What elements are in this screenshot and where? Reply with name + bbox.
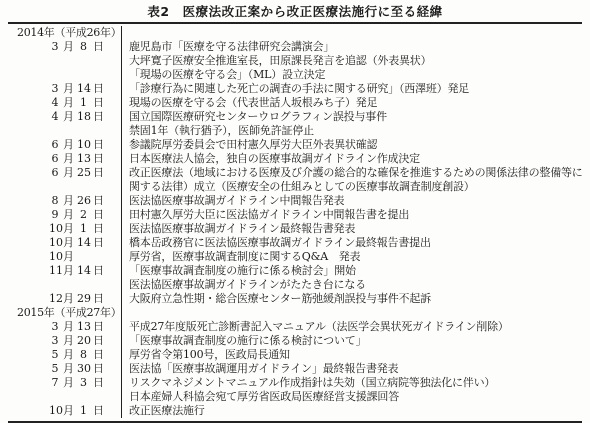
- event-text: 厚労省令第100号，医政局長通知: [122, 348, 290, 362]
- document-page: 表2 医療法改正案から改正医療法施行に至る経緯 2014年（平成26年）3月8日…: [0, 0, 590, 423]
- date-day-number: 18: [77, 110, 90, 124]
- date-value: 8月26日: [49, 194, 104, 208]
- date-month-number: 4: [49, 110, 61, 124]
- date-value: 3月8日: [49, 40, 104, 54]
- date-day-unit: 日: [93, 376, 104, 390]
- event-text: 国立国際医療研究センターウログラフィン誤投与事件: [122, 110, 387, 124]
- event-text: 医法協医療事故調ガイドラインがたたき台になる: [122, 278, 366, 292]
- date-value: 3月14日: [49, 82, 104, 96]
- date-day-unit: [93, 250, 104, 264]
- date-value: 10月14日: [49, 236, 104, 250]
- timeline-row: 6月13日日本医療法人協会，独自の医療事故調ガイドライン作成決定: [8, 152, 582, 166]
- date-month-unit: 月: [63, 334, 74, 348]
- date-day-unit: 日: [93, 194, 104, 208]
- date-cell: [8, 54, 122, 68]
- date-day-number: 13: [77, 152, 90, 166]
- date-day-number: 8: [77, 40, 90, 54]
- date-month-unit: 月: [63, 194, 74, 208]
- date-value: 10月1日: [49, 222, 104, 236]
- event-text: 田村憲久厚労大臣に医法協ガイドライン中間報告書を提出: [122, 208, 409, 222]
- date-month-unit: 月: [63, 404, 74, 418]
- date-day-unit: 日: [93, 264, 104, 278]
- date-cell: 4月1日: [8, 96, 122, 110]
- date-value: 5月8日: [49, 348, 104, 362]
- date-day-number: [77, 250, 90, 264]
- date-cell: 10月1日: [8, 404, 122, 418]
- timeline-row: 8月26日医法協医療事故調ガイドライン中間報告発表: [8, 194, 582, 208]
- date-day-unit: 日: [93, 96, 104, 110]
- date-day-number: 30: [77, 362, 90, 376]
- timeline-row: 10月14日橋本岳政務官に医法協医療事故調ガイドライン最終報告書提出: [8, 236, 582, 250]
- date-month-number: 8: [49, 194, 61, 208]
- date-value: 3月13日: [49, 320, 104, 334]
- date-value: 12月29日: [49, 292, 104, 306]
- date-cell: 4月18日: [8, 110, 122, 124]
- date-cell: 3月13日: [8, 320, 122, 334]
- date-month-number: 5: [49, 348, 61, 362]
- date-day-unit: 日: [93, 222, 104, 236]
- event-text: 現場の医療を守る会（代表世話人坂根みち子）発足: [122, 96, 377, 110]
- event-text: 医法協医療事故調ガイドライン中間報告発表: [122, 194, 344, 208]
- timeline-table: 2014年（平成26年）3月8日鹿児島市「医療を守る法律研究会講演会」大坪寛子医…: [8, 22, 582, 423]
- date-month-unit: 月: [63, 208, 74, 222]
- event-text: 橋本岳政務官に医法協医療事故調ガイドライン最終報告書提出: [122, 236, 431, 250]
- date-day-number: 2: [77, 208, 90, 222]
- date-day-unit: 日: [93, 292, 104, 306]
- event-text: 改正医療法（地域における医療及び介護の総合的な確保を推進するための関係法律の整備…: [122, 166, 582, 180]
- date-month-number: 10: [49, 236, 61, 250]
- date-month-unit: 月: [63, 320, 74, 334]
- date-day-number: 25: [77, 166, 90, 180]
- date-month-number: 12: [49, 292, 61, 306]
- date-month-unit: 月: [63, 82, 74, 96]
- date-month-number: 3: [49, 82, 61, 96]
- date-day-unit: 日: [93, 362, 104, 376]
- timeline-row: 日本産婦人科協会宛て厚労省医政局医療経営支援課回答: [8, 390, 582, 404]
- timeline-row: 「現場の医療を守る会」（ML）設立決定: [8, 68, 582, 82]
- timeline-row: 7月3日リスクマネジメントマニュアル作成指針は失効（国立病院等独法化に伴い）: [8, 376, 582, 390]
- date-cell: 3月14日: [8, 82, 122, 96]
- timeline-row: 3月13日平成27年度版死亡診断書記入マニュアル（法医学会異状死ガイドライン削除…: [8, 320, 582, 334]
- date-month-unit: 月: [63, 264, 74, 278]
- event-text: 医法協「医療事故調運用ガイドライン」最終報告書発表: [122, 362, 398, 376]
- timeline-row: 10月1日改正医療法施行: [8, 404, 582, 418]
- date-month-number: 3: [49, 334, 61, 348]
- timeline-row: 4月18日国立国際医療研究センターウログラフィン誤投与事件: [8, 110, 582, 124]
- date-month-number: 11: [49, 264, 61, 278]
- date-day-number: 1: [77, 404, 90, 418]
- timeline-row: 5月30日医法協「医療事故調運用ガイドライン」最終報告書発表: [8, 362, 582, 376]
- event-text: 改正医療法施行: [122, 404, 205, 418]
- date-day-number: 1: [77, 96, 90, 110]
- event-text: 「医療事故調査制度の施行に係る検討について」: [122, 334, 366, 348]
- date-day-unit: 日: [93, 334, 104, 348]
- date-day-unit: 日: [93, 236, 104, 250]
- date-value: 5月30日: [49, 362, 104, 376]
- event-text: 「現場の医療を守る会」（ML）設立決定: [122, 68, 325, 82]
- year-label: 2015年（平成27年）: [8, 306, 121, 319]
- date-day-unit: 日: [93, 138, 104, 152]
- timeline-row: 5月8日厚労省令第100号，医政局長通知: [8, 348, 582, 362]
- timeline-row: 3月20日「医療事故調査制度の施行に係る検討について」: [8, 334, 582, 348]
- table-caption: 表2 医療法改正案から改正医療法施行に至る経緯: [0, 0, 590, 20]
- date-value: 11月14日: [49, 264, 104, 278]
- date-month-unit: 月: [63, 166, 74, 180]
- date-cell: 2014年（平成26年）: [8, 26, 122, 40]
- event-text: 参議院厚労委員会で田村憲久厚労大臣外表異状確認: [122, 138, 377, 152]
- date-month-unit: 月: [63, 362, 74, 376]
- event-text: 平成27年度版死亡診断書記入マニュアル（法医学会異状死ガイドライン削除）: [122, 320, 509, 334]
- date-cell: [8, 68, 122, 82]
- event-text: [122, 306, 129, 320]
- date-month-unit: 月: [63, 236, 74, 250]
- date-month-number: 9: [49, 208, 61, 222]
- date-month-number: 3: [49, 40, 61, 54]
- date-month-unit: 月: [63, 250, 74, 264]
- event-text: 大坪寛子医療安全推進室長，田原課長発言を追認（外表異状）: [122, 54, 431, 68]
- date-month-number: 6: [49, 138, 61, 152]
- timeline-row: 9月2日田村憲久厚労大臣に医法協ガイドライン中間報告書を提出: [8, 208, 582, 222]
- date-month-unit: 月: [63, 348, 74, 362]
- timeline-row: 10月1日医法協医療事故調ガイドライン最終報告書発表: [8, 222, 582, 236]
- event-text: 「医療事故調査制度の施行に係る検討会」開始: [122, 264, 356, 278]
- date-day-number: 3: [77, 376, 90, 390]
- event-text: 禁固1年（執行猶予），医師免許証停止: [122, 124, 314, 138]
- date-month-number: 5: [49, 362, 61, 376]
- date-cell: 6月25日: [8, 166, 122, 180]
- event-text: 大阪府立急性期・総合医療センター筋弛緩剤誤投与事件不起訴: [122, 292, 431, 306]
- date-value: 9月2日: [49, 208, 104, 222]
- timeline-row: 医法協医療事故調ガイドラインがたたき台になる: [8, 278, 582, 292]
- timeline-row: 関する法律）成立（医療安全の仕組みとしての医療事故調査制度創設）: [8, 180, 582, 194]
- date-day-number: 1: [77, 222, 90, 236]
- date-day-number: 29: [77, 292, 90, 306]
- date-value: 7月3日: [49, 376, 104, 390]
- date-cell: 10月14日: [8, 236, 122, 250]
- year-row: 2015年（平成27年）: [8, 306, 582, 320]
- date-cell: 8月26日: [8, 194, 122, 208]
- date-day-unit: 日: [93, 40, 104, 54]
- timeline-row: 禁固1年（執行猶予），医師免許証停止: [8, 124, 582, 138]
- timeline-row: 3月8日鹿児島市「医療を守る法律研究会講演会」: [8, 40, 582, 54]
- date-month-unit: 月: [63, 138, 74, 152]
- date-cell: 10月1日: [8, 222, 122, 236]
- date-cell: [8, 390, 122, 404]
- date-cell: 6月10日: [8, 138, 122, 152]
- date-month-unit: 月: [63, 110, 74, 124]
- date-day-unit: 日: [93, 404, 104, 418]
- date-month-number: 7: [49, 376, 61, 390]
- date-day-number: 26: [77, 194, 90, 208]
- timeline-row: 3月14日「診療行為に関連した死亡の調査の手法に関する研究」（西澤班）発足: [8, 82, 582, 96]
- date-day-unit: 日: [93, 208, 104, 222]
- date-month-unit: 月: [63, 376, 74, 390]
- date-day-unit: 日: [93, 82, 104, 96]
- date-day-number: 20: [77, 334, 90, 348]
- date-value: 10月: [49, 250, 104, 264]
- date-month-number: 10: [49, 222, 61, 236]
- date-value: 6月25日: [49, 166, 104, 180]
- date-cell: 5月8日: [8, 348, 122, 362]
- date-value: 10月1日: [49, 404, 104, 418]
- date-day-unit: 日: [93, 110, 104, 124]
- timeline-row: 6月10日参議院厚労委員会で田村憲久厚労大臣外表異状確認: [8, 138, 582, 152]
- date-month-unit: 月: [63, 40, 74, 54]
- event-text: [122, 26, 129, 40]
- date-cell: 7月3日: [8, 376, 122, 390]
- date-month-number: 10: [49, 250, 61, 264]
- date-cell: 11月14日: [8, 264, 122, 278]
- date-value: 4月1日: [49, 96, 104, 110]
- year-label: 2014年（平成26年）: [8, 26, 121, 39]
- date-month-number: 3: [49, 320, 61, 334]
- date-day-unit: 日: [93, 152, 104, 166]
- date-value: 6月13日: [49, 152, 104, 166]
- date-day-unit: 日: [93, 320, 104, 334]
- event-text: 厚労省，医療事故調査制度に関するQ&A 発表: [122, 250, 360, 264]
- event-text: 日本医療法人協会，独自の医療事故調ガイドライン作成決定: [122, 152, 420, 166]
- date-cell: 3月20日: [8, 334, 122, 348]
- timeline-row: 6月25日改正医療法（地域における医療及び介護の総合的な確保を推進するための関係…: [8, 166, 582, 180]
- date-month-unit: 月: [63, 96, 74, 110]
- date-month-unit: 月: [63, 152, 74, 166]
- date-day-number: 14: [77, 264, 90, 278]
- timeline-row: 12月29日大阪府立急性期・総合医療センター筋弛緩剤誤投与事件不起訴: [8, 292, 582, 306]
- timeline-row: 10月厚労省，医療事故調査制度に関するQ&A 発表: [8, 250, 582, 264]
- year-row: 2014年（平成26年）: [8, 26, 582, 40]
- date-day-number: 14: [77, 82, 90, 96]
- event-text: 関する法律）成立（医療安全の仕組みとしての医療事故調査制度創設）: [122, 180, 475, 194]
- date-day-number: 14: [77, 236, 90, 250]
- timeline-row: 4月1日現場の医療を守る会（代表世話人坂根みち子）発足: [8, 96, 582, 110]
- event-text: 日本産婦人科協会宛て厚労省医政局医療経営支援課回答: [122, 390, 399, 404]
- date-day-unit: 日: [93, 166, 104, 180]
- date-cell: 6月13日: [8, 152, 122, 166]
- date-cell: 5月30日: [8, 362, 122, 376]
- event-text: 鹿児島市「医療を守る法律研究会講演会」: [122, 40, 334, 54]
- date-cell: 3月8日: [8, 40, 122, 54]
- date-day-number: 10: [77, 138, 90, 152]
- timeline-row: 大坪寛子医療安全推進室長，田原課長発言を追認（外表異状）: [8, 54, 582, 68]
- date-value: 4月18日: [49, 110, 104, 124]
- date-month-number: 6: [49, 166, 61, 180]
- date-month-unit: 月: [63, 292, 74, 306]
- date-month-number: 4: [49, 96, 61, 110]
- event-text: 医法協医療事故調ガイドライン最終報告書発表: [122, 222, 355, 236]
- date-cell: 2015年（平成27年）: [8, 306, 122, 320]
- date-value: 6月10日: [49, 138, 104, 152]
- date-cell: [8, 180, 122, 194]
- date-month-number: 6: [49, 152, 61, 166]
- date-day-number: 8: [77, 348, 90, 362]
- date-month-unit: 月: [63, 222, 74, 236]
- event-text: 「診療行為に関連した死亡の調査の手法に関する研究」（西澤班）発足: [122, 82, 469, 96]
- timeline-row: 11月14日「医療事故調査制度の施行に係る検討会」開始: [8, 264, 582, 278]
- event-text: リスクマネジメントマニュアル作成指針は失効（国立病院等独法化に伴い）: [122, 376, 495, 390]
- date-cell: [8, 278, 122, 292]
- date-cell: 9月2日: [8, 208, 122, 222]
- date-day-number: 13: [77, 320, 90, 334]
- date-cell: 10月: [8, 250, 122, 264]
- date-day-unit: 日: [93, 348, 104, 362]
- date-month-number: 10: [49, 404, 61, 418]
- date-value: 3月20日: [49, 334, 104, 348]
- date-cell: [8, 124, 122, 138]
- date-cell: 12月29日: [8, 292, 122, 306]
